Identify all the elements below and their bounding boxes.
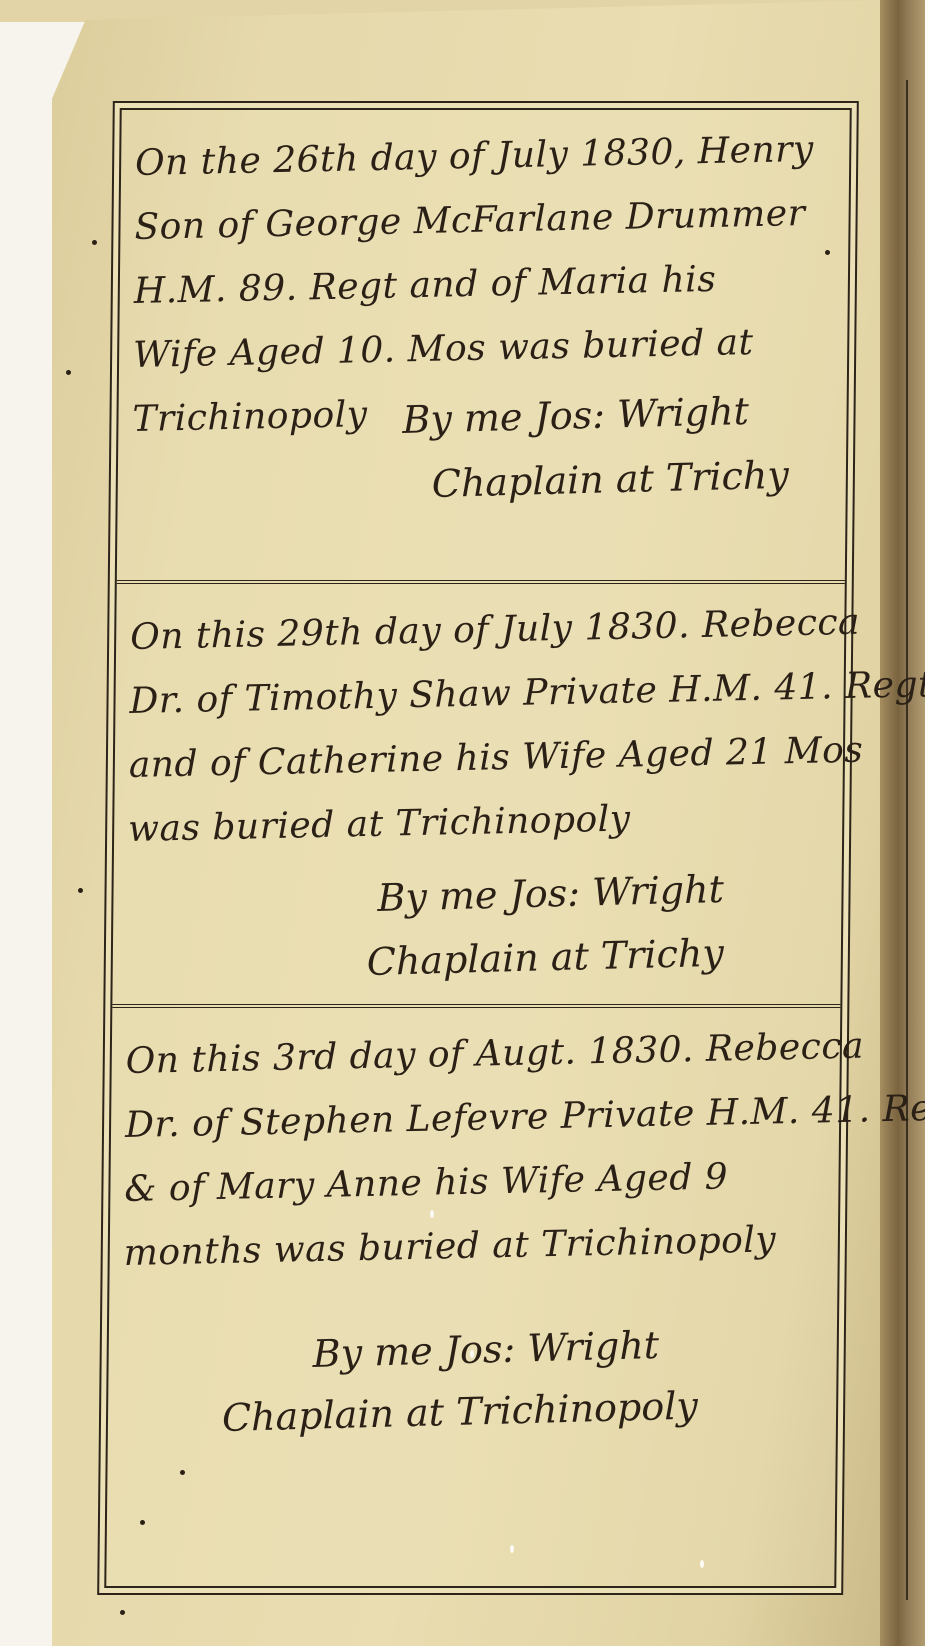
ink-speck	[140, 1520, 145, 1525]
book-spine	[880, 0, 925, 1646]
glare-spot	[430, 1210, 434, 1218]
entry-3-line-4: months was buried at Trichinopoly	[123, 1207, 820, 1286]
burial-entry-2: On this 29th day of July 1830. Rebecca D…	[112, 580, 844, 1004]
entry-1-signature-title: Chaplain at Trichy	[431, 442, 828, 516]
ink-speck	[120, 1610, 125, 1615]
document-photo: On the 26th day of July 1830, Henry Son …	[0, 0, 925, 1646]
register-frame: On the 26th day of July 1830, Henry Son …	[104, 108, 851, 1588]
facing-page-rule	[906, 80, 908, 1600]
ink-speck	[66, 370, 71, 375]
entry-2-line-4: was buried at Trichinopoly	[128, 783, 825, 862]
glare-spot	[510, 1545, 514, 1553]
burial-entry-3: On this 3rd day of Augt. 1830. Rebecca D…	[106, 1004, 840, 1586]
ink-speck	[92, 240, 97, 245]
ink-speck	[825, 250, 830, 255]
ink-speck	[78, 888, 83, 893]
glare-spot	[700, 1560, 704, 1568]
glare-spot	[470, 1350, 474, 1358]
entry-2-signature-name: By me Jos: Wright	[377, 854, 824, 930]
ink-speck	[180, 1470, 185, 1475]
entry-1-signature-name: By me Jos: Wright	[402, 377, 829, 452]
burial-entry-1: On the 26th day of July 1830, Henry Son …	[117, 110, 850, 580]
entry-2-signature-title: Chaplain at Trichy	[366, 918, 823, 994]
entry-3-signature-title: Chaplain at Trichinopoly	[222, 1370, 819, 1450]
